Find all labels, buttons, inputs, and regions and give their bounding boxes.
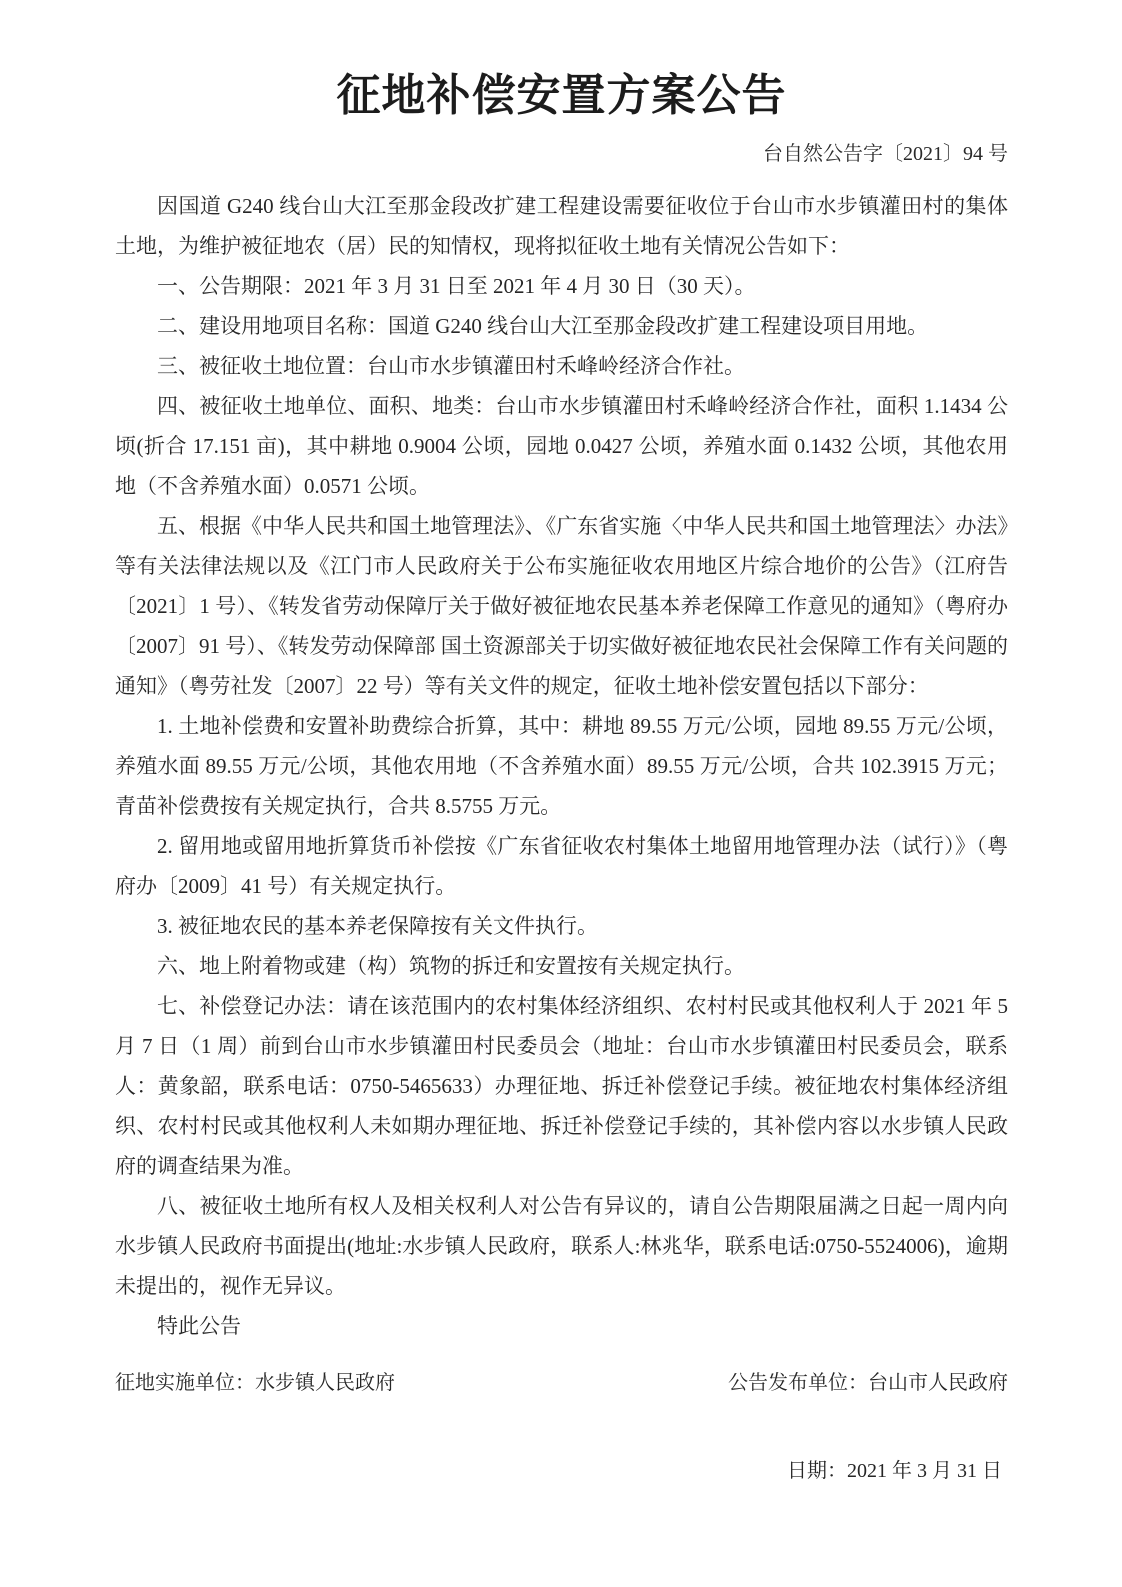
paragraph-sub-item-1: 1. 土地补偿费和安置补助费综合折算，其中：耕地 89.55 万元/公顷，园地 … [115, 706, 1008, 826]
paragraph-item-7: 七、补偿登记办法：请在该范围内的农村集体经济组织、农村村民或其他权利人于 202… [115, 986, 1008, 1186]
paragraph-item-2: 二、建设用地项目名称：国道 G240 线台山大江至那金段改扩建工程建设项目用地。 [115, 306, 1008, 346]
paragraph-closing: 特此公告 [115, 1306, 1008, 1346]
paragraph-item-6: 六、地上附着物或建（构）筑物的拆迁和安置按有关规定执行。 [115, 946, 1008, 986]
page-content: 征地补偿安置方案公告 台自然公告字〔2021〕94 号 因国道 G240 线台山… [0, 0, 1122, 1346]
implement-unit-label: 征地实施单位：水步镇人民政府 [115, 1370, 395, 1396]
paragraph-item-5: 五、根据《中华人民共和国土地管理法》、《广东省实施〈中华人民共和国土地管理法〉办… [115, 506, 1008, 706]
paragraph-sub-item-2: 2. 留用地或留用地折算货币补偿按《广东省征收农村集体土地留用地管理办法（试行）… [115, 826, 1008, 906]
footer-date-row: 日期：2021 年 3 月 31 日 [115, 1458, 1002, 1484]
announcement-date: 日期：2021 年 3 月 31 日 [787, 1460, 1002, 1482]
announcement-page: 征地补偿安置方案公告 台自然公告字〔2021〕94 号 因国道 G240 线台山… [0, 0, 1122, 1587]
document-number: 台自然公告字〔2021〕94 号 [115, 143, 1008, 166]
document-body: 因国道 G240 线台山大江至那金段改扩建工程建设需要征收位于台山市水步镇灌田村… [115, 186, 1008, 1346]
paragraph-intro: 因国道 G240 线台山大江至那金段改扩建工程建设需要征收位于台山市水步镇灌田村… [115, 186, 1008, 266]
paragraph-item-3: 三、被征收土地位置：台山市水步镇灌田村禾峰岭经济合作社。 [115, 346, 1008, 386]
paragraph-sub-item-3: 3. 被征地农民的基本养老保障按有关文件执行。 [115, 906, 1008, 946]
footer-units-row: 征地实施单位：水步镇人民政府 公告发布单位：台山市人民政府 [115, 1370, 1008, 1396]
paragraph-item-8: 八、被征收土地所有权人及相关权利人对公告有异议的，请自公告期限届满之日起一周内向… [115, 1186, 1008, 1306]
publish-unit-label: 公告发布单位：台山市人民政府 [728, 1370, 1008, 1396]
paragraph-item-4: 四、被征收土地单位、面积、地类：台山市水步镇灌田村禾峰岭经济合作社，面积 1.1… [115, 386, 1008, 506]
page-title: 征地补偿安置方案公告 [115, 0, 1008, 123]
paragraph-item-1: 一、公告期限：2021 年 3 月 31 日至 2021 年 4 月 30 日（… [115, 266, 1008, 306]
